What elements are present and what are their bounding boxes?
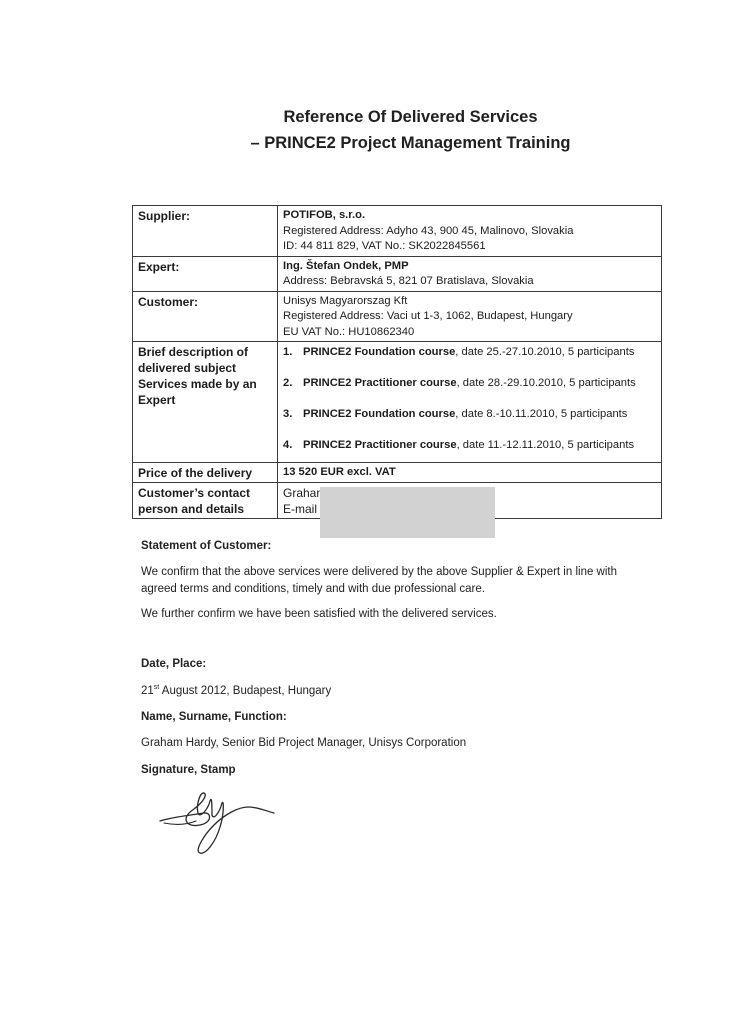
course-name: PRINCE2 Practitioner course: [303, 377, 457, 389]
course-details: , date 28.-29.10.2010, 5 participants: [457, 377, 636, 389]
course-number: 3.: [283, 407, 303, 422]
table-row-description: Brief description of delivered subject S…: [133, 342, 662, 463]
supplier-value: POTIFOB, s.r.o. Registered Address: Adyh…: [278, 206, 662, 257]
customer-value: Unisys Magyarorszag Kft Registered Addre…: [278, 291, 662, 342]
price-value: 13 520 EUR excl. VAT: [278, 463, 662, 483]
statement-heading: Statement of Customer:: [141, 540, 271, 552]
course-name: PRINCE2 Foundation course: [303, 408, 455, 420]
table-row-supplier: Supplier: POTIFOB, s.r.o. Registered Add…: [133, 206, 662, 257]
statement-paragraph-2: We further confirm we have been satisfie…: [141, 606, 641, 623]
course-details: , date 8.-10.11.2010, 5 participants: [455, 408, 627, 420]
list-item: 4.PRINCE2 Practitioner course, date 11.-…: [283, 438, 656, 453]
expert-value: Ing. Štefan Ondek, PMP Address: Bebravsk…: [278, 256, 662, 291]
redaction-box: [320, 487, 495, 538]
supplier-name: POTIFOB, s.r.o.: [283, 208, 656, 224]
description-label: Brief description of delivered subject S…: [133, 342, 278, 463]
date-day: 21: [141, 685, 154, 697]
course-details: , date 11.-12.11.2010, 5 participants: [457, 439, 634, 451]
course-name: PRINCE2 Foundation course: [303, 346, 455, 358]
customer-name: Unisys Magyarorszag Kft: [283, 294, 656, 310]
course-details: , date 25.-27.10.2010, 5 participants: [455, 346, 634, 358]
expert-address: Address: Bebravská 5, 821 07 Bratislava,…: [283, 274, 656, 290]
list-item: 2.PRINCE2 Practitioner course, date 28.-…: [283, 376, 656, 391]
signature-icon: [152, 785, 282, 865]
table-row-expert: Expert: Ing. Štefan Ondek, PMP Address: …: [133, 256, 662, 291]
name-function-label: Name, Surname, Function:: [141, 711, 287, 723]
supplier-address: Registered Address: Adyho 43, 900 45, Ma…: [283, 224, 656, 240]
table-row-customer: Customer: Unisys Magyarorszag Kft Regist…: [133, 291, 662, 342]
expert-label: Expert:: [133, 256, 278, 291]
course-name: PRINCE2 Practitioner course: [303, 439, 457, 451]
customer-vat: EU VAT No.: HU10862340: [283, 325, 656, 341]
supplier-label: Supplier:: [133, 206, 278, 257]
signature-label: Signature, Stamp: [141, 764, 236, 776]
expert-name: Ing. Štefan Ondek, PMP: [283, 259, 656, 275]
name-function-value: Graham Hardy, Senior Bid Project Manager…: [141, 737, 466, 749]
customer-address: Registered Address: Vaci ut 1-3, 1062, B…: [283, 309, 656, 325]
customer-label: Customer:: [133, 291, 278, 342]
statement-paragraph-1: We confirm that the above services were …: [141, 564, 641, 598]
date-rest: August 2012, Budapest, Hungary: [159, 685, 331, 697]
document-title: Reference Of Delivered Services: [38, 108, 745, 127]
document-subtitle: – PRINCE2 Project Management Training: [38, 134, 745, 153]
list-item: 3.PRINCE2 Foundation course, date 8.-10.…: [283, 407, 656, 422]
course-number: 4.: [283, 438, 303, 453]
list-item: 1.PRINCE2 Foundation course, date 25.-27…: [283, 345, 656, 360]
price-label: Price of the delivery: [133, 463, 278, 483]
contact-label: Customer’s contact person and details: [133, 483, 278, 519]
date-place-label: Date, Place:: [141, 658, 206, 670]
supplier-ids: ID: 44 811 829, VAT No.: SK2022845561: [283, 239, 656, 255]
course-number: 1.: [283, 345, 303, 360]
course-number: 2.: [283, 376, 303, 391]
date-place-value: 21st August 2012, Budapest, Hungary: [141, 684, 331, 697]
course-list: 1.PRINCE2 Foundation course, date 25.-27…: [278, 342, 662, 463]
table-row-price: Price of the delivery 13 520 EUR excl. V…: [133, 463, 662, 483]
reference-table: Supplier: POTIFOB, s.r.o. Registered Add…: [132, 205, 662, 519]
